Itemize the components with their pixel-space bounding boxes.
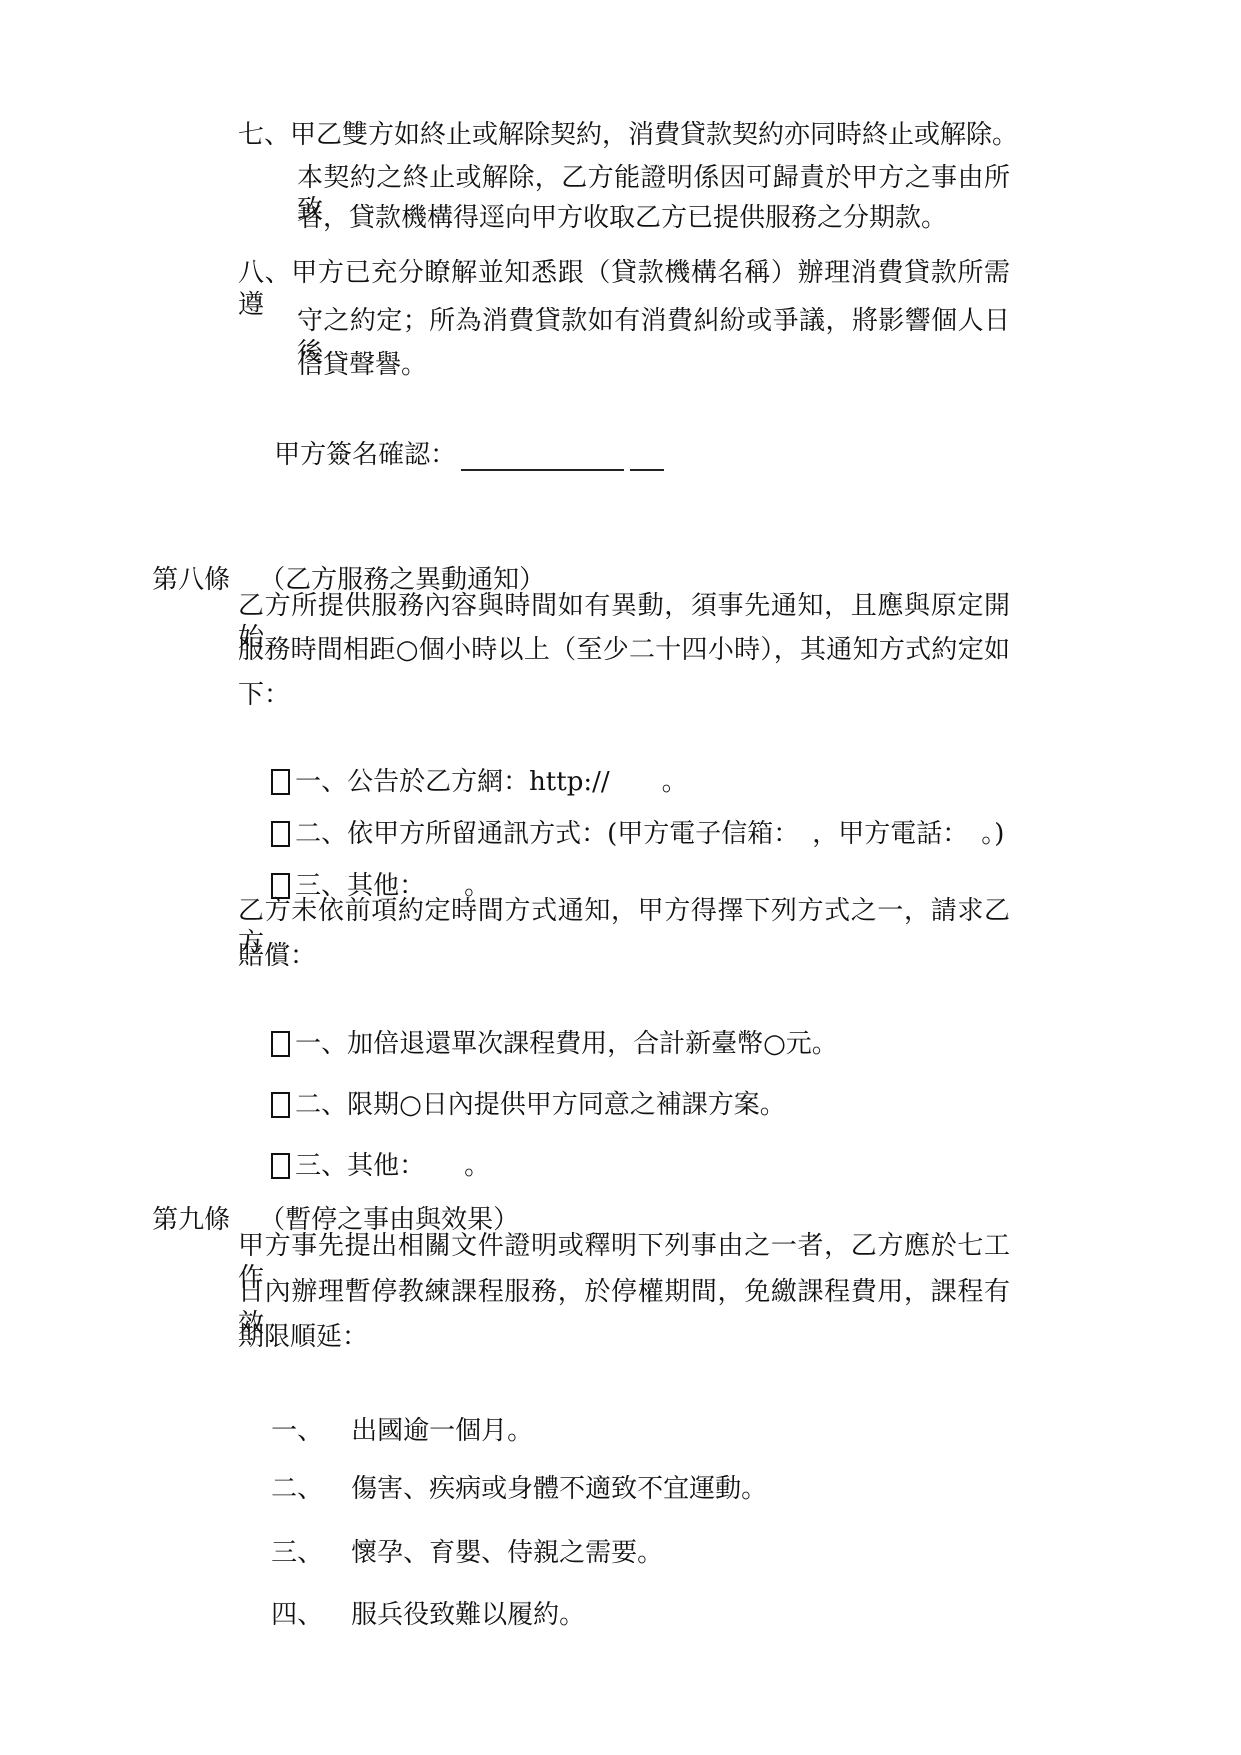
checkbox-icon bbox=[271, 1031, 290, 1057]
article-8-para1-line-2: 服務時間相距○個小時以上（至少二十四小時），其通知方式約定如 bbox=[238, 634, 1010, 666]
contract-page: 七、甲乙雙方如終止或解除契約，消費貸款契約亦同時終止或解除。 本契約之終止或解除… bbox=[0, 0, 1241, 1755]
party-a-signature-label: 甲方簽名確認： bbox=[274, 440, 456, 470]
clause-7-line-1: 七、甲乙雙方如終止或解除契約，消費貸款契約亦同時終止或解除。 bbox=[238, 119, 1018, 151]
clause-7-line-3: 者，貸款機構得逕向甲方收取乙方已提供服務之分期款。 bbox=[297, 202, 947, 234]
item-text: 服兵役致難以履約。 bbox=[351, 1600, 585, 1630]
article-8-para2-line-1: 乙方未依前項約定時間方式通知，甲方得擇下列方式之一，請求乙方 bbox=[238, 895, 1010, 959]
article-8-para2-line-2: 賠償： bbox=[238, 940, 316, 972]
checkbox-icon bbox=[271, 1092, 290, 1118]
signature-row: 甲方簽名確認： bbox=[241, 407, 664, 503]
article-8-para1-line-3: 下： bbox=[238, 679, 290, 711]
item-number: 二、 bbox=[271, 1473, 351, 1505]
compensation-option-1-label: 一、加倍退還單次課程費用，合計新臺幣○元。 bbox=[295, 1029, 838, 1059]
suspension-item-4: 四、服兵役致難以履約。 bbox=[238, 1567, 585, 1663]
signature-blank-line-end bbox=[630, 439, 664, 471]
item-text: 傷害、疾病或身體不適致不宜運動。 bbox=[351, 1474, 767, 1504]
item-text: 懷孕、育嬰、侍親之需要。 bbox=[351, 1538, 663, 1568]
signature-blank-line bbox=[461, 439, 624, 471]
item-number: 三、 bbox=[271, 1537, 351, 1569]
clause-8-line-3: 信貸聲譽。 bbox=[297, 349, 427, 381]
item-number: 四、 bbox=[271, 1599, 351, 1631]
compensation-option-2-label: 二、限期○日內提供甲方同意之補課方案。 bbox=[295, 1090, 786, 1120]
article-9-para1-line-3: 期限順延： bbox=[238, 1321, 368, 1353]
